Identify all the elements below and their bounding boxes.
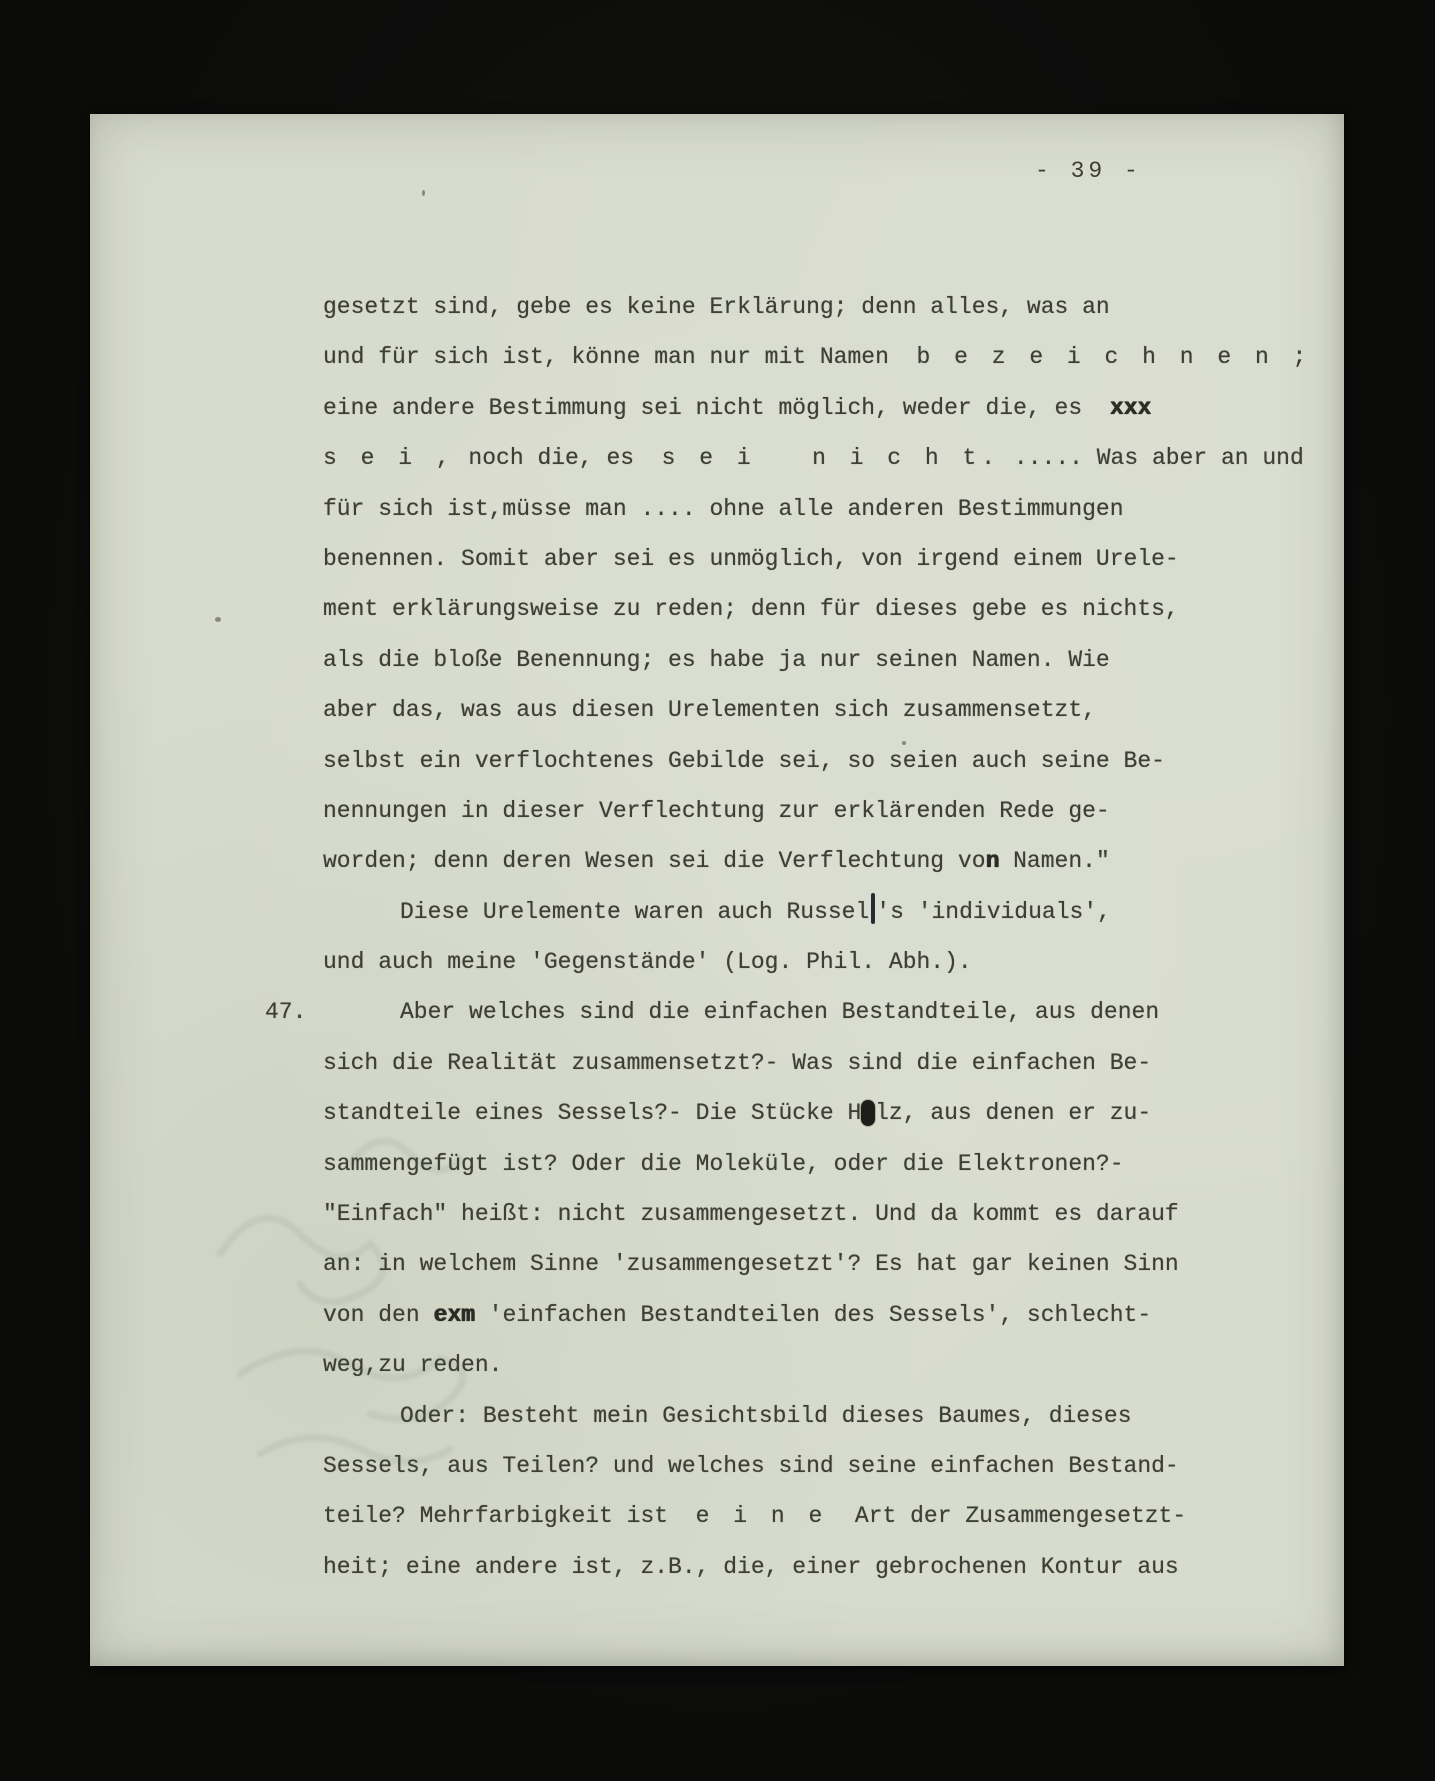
- overtyped-deletion: exm: [433, 1302, 474, 1328]
- text-segment: von den: [323, 1302, 433, 1328]
- text-segment: b e z e i c h n e n ;: [917, 344, 1312, 370]
- section-number: 47.: [265, 987, 306, 1037]
- text-line-19: "Einfach" heißt: nicht zusammengesetzt. …: [323, 1189, 1343, 1239]
- text-segment: Sessels, aus Teilen? und welches sind se…: [323, 1453, 1179, 1479]
- text-line-16: sich die Realität zusammensetzt?- Was si…: [323, 1038, 1343, 1088]
- text-segment: s e i ,: [323, 445, 455, 471]
- text-segment: aber das, was aus diesen Urelementen sic…: [323, 697, 1096, 723]
- pen-insertion-mark: [871, 893, 875, 924]
- text-line-18: sammengefügt ist? Oder die Moleküle, ode…: [323, 1139, 1343, 1189]
- text-segment: Namen.": [999, 848, 1109, 874]
- text-segment: Diese Urelemente waren auch Russel: [400, 899, 869, 925]
- text-segment: e i n e: [696, 1503, 828, 1529]
- text-line-2: und für sich ist, könne man nur mit Name…: [323, 332, 1343, 382]
- text-segment: gesetzt sind, gebe es keine Erklärung; d…: [323, 294, 1110, 320]
- typewritten-text: gesetzt sind, gebe es keine Erklärung; d…: [323, 282, 1343, 1592]
- page-number: - 39 -: [1035, 158, 1142, 184]
- text-segment: nennungen in dieser Verflechtung zur erk…: [323, 798, 1110, 824]
- text-line-23: Oder: Besteht mein Gesichtsbild dieses B…: [323, 1391, 1343, 1441]
- text-segment: benennen. Somit aber sei es unmöglich, v…: [323, 546, 1179, 572]
- text-line-10: selbst ein verflochtenes Gebilde sei, so…: [323, 736, 1343, 786]
- text-line-1: gesetzt sind, gebe es keine Erklärung; d…: [323, 282, 1343, 332]
- text-line-6: benennen. Somit aber sei es unmöglich, v…: [323, 534, 1343, 584]
- text-line-14: und auch meine 'Gegenstände' (Log. Phil.…: [323, 937, 1343, 987]
- text-segment: 'einfachen Bestandteilen des Sessels', s…: [475, 1302, 1151, 1328]
- text-line-17: standteile eines Sessels?- Die Stücke Ho…: [323, 1088, 1343, 1138]
- text-segment: sich die Realität zusammensetzt?- Was si…: [323, 1050, 1151, 1076]
- text-line-12: worden; denn deren Wesen sei die Verflec…: [323, 836, 1343, 886]
- text-segment: Art der Zusammengesetzt-: [827, 1503, 1186, 1529]
- text-segment: eine andere Bestimmung sei nicht möglich…: [323, 395, 1110, 421]
- text-line-4: s e i , noch die, es s e i n i c h t. ..…: [323, 433, 1343, 483]
- text-line-15: 47.Aber welches sind die einfachen Besta…: [323, 987, 1343, 1037]
- text-segment: ..... Was aber an und: [1000, 445, 1304, 471]
- overtyped-deletion: n: [986, 848, 1000, 874]
- text-segment: lz, aus denen er zu-: [875, 1100, 1151, 1126]
- text-segment: und für sich ist, könne man nur mit Name…: [323, 344, 917, 370]
- text-line-21: von den exm 'einfachen Bestandteilen des…: [323, 1290, 1343, 1340]
- typescript-page: - 39 - gesetzt sind, gebe es keine Erklä…: [90, 114, 1344, 1666]
- text-segment: heit; eine andere ist, z.B., die, einer …: [323, 1554, 1179, 1580]
- text-line-22: weg,zu reden.: [323, 1340, 1343, 1390]
- text-segment: Oder: Besteht mein Gesichtsbild dieses B…: [400, 1403, 1132, 1429]
- text-line-9: aber das, was aus diesen Urelementen sic…: [323, 685, 1343, 735]
- text-line-26: heit; eine andere ist, z.B., die, einer …: [323, 1542, 1343, 1592]
- inked-out-letter: o: [861, 1100, 875, 1126]
- text-segment: und auch meine 'Gegenstände' (Log. Phil.…: [323, 949, 972, 975]
- paper-speck: [422, 190, 425, 196]
- text-segment: an: in welchem Sinne 'zusammengesetzt'? …: [323, 1251, 1179, 1277]
- text-line-5: für sich ist,müsse man .... ohne alle an…: [323, 484, 1343, 534]
- text-segment: für sich ist,müsse man .... ohne alle an…: [323, 496, 1124, 522]
- text-segment: weg,zu reden.: [323, 1352, 502, 1378]
- text-line-24: Sessels, aus Teilen? und welches sind se…: [323, 1441, 1343, 1491]
- text-line-8: als die bloße Benennung; es habe ja nur …: [323, 635, 1343, 685]
- text-segment: teile? Mehrfarbigkeit ist: [323, 1503, 696, 1529]
- text-segment: noch die, es: [455, 445, 662, 471]
- text-line-13: Diese Urelemente waren auch Russel's 'in…: [323, 887, 1343, 937]
- overtyped-deletion: xxx: [1110, 395, 1151, 421]
- text-line-7: ment erklärungsweise zu reden; denn für …: [323, 584, 1343, 634]
- text-segment: selbst ein verflochtenes Gebilde sei, so…: [323, 748, 1165, 774]
- text-segment: worden; denn deren Wesen sei die Verflec…: [323, 848, 986, 874]
- text-line-25: teile? Mehrfarbigkeit ist e i n e Art de…: [323, 1491, 1343, 1541]
- text-segment: standteile eines Sessels?- Die Stücke H: [323, 1100, 861, 1126]
- text-segment: "Einfach" heißt: nicht zusammengesetzt. …: [323, 1201, 1179, 1227]
- text-segment: s e i n i c h t.: [662, 445, 1000, 471]
- text-line-11: nennungen in dieser Verflechtung zur erk…: [323, 786, 1343, 836]
- text-segment: ment erklärungsweise zu reden; denn für …: [323, 596, 1179, 622]
- text-line-20: an: in welchem Sinne 'zusammengesetzt'? …: [323, 1239, 1343, 1289]
- text-segment: 's 'individuals',: [876, 899, 1111, 925]
- text-segment: als die bloße Benennung; es habe ja nur …: [323, 647, 1110, 673]
- text-segment: sammengefügt ist? Oder die Moleküle, ode…: [323, 1151, 1124, 1177]
- paper-speck: [215, 617, 221, 622]
- text-segment: Aber welches sind die einfachen Bestandt…: [400, 999, 1159, 1025]
- text-line-3: eine andere Bestimmung sei nicht möglich…: [323, 383, 1343, 433]
